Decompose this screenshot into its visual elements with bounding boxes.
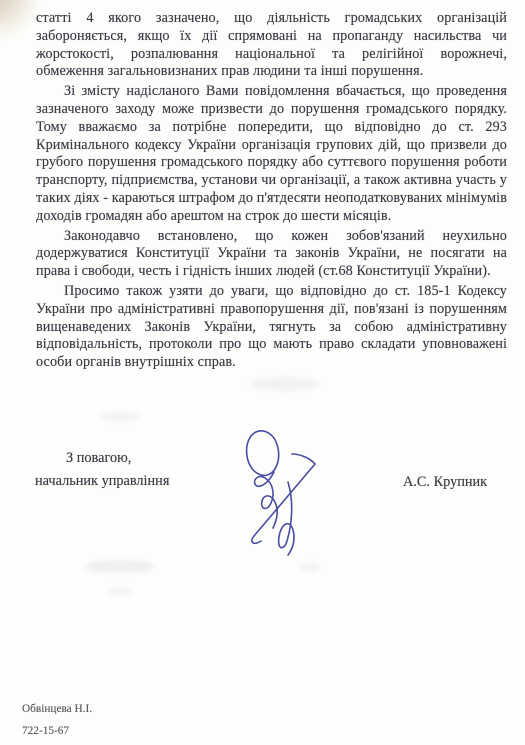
footer-contact: Обвінцева Н.І. 722-15-67 [22, 698, 92, 742]
contact-name: Обвінцева Н.І. [22, 698, 92, 720]
letter-paragraph: статті 4 якого зазначено, що діяльність … [36, 10, 507, 81]
letter-paragraph: Законодавчо встановлено, що кожен зобов'… [36, 228, 507, 281]
closing-salutation: З повагою, [66, 450, 131, 467]
handwritten-signature-icon [230, 424, 330, 564]
letter-paragraph: Просимо також узяти до уваги, що відпові… [36, 283, 507, 372]
scan-smudge [100, 412, 140, 422]
contact-phone: 722-15-67 [22, 720, 92, 742]
scan-smudge [85, 560, 155, 573]
scan-smudge [300, 563, 320, 571]
letter-paragraph: Зі змісту надісланого Вами повідомлення … [36, 83, 507, 225]
signer-name: А.С. Крупник [403, 474, 487, 491]
letter-body: статті 4 якого зазначено, що діяльність … [36, 10, 507, 374]
signer-title: начальник управління [35, 473, 169, 490]
scan-smudge [108, 587, 132, 595]
scanned-letter-page: статті 4 якого зазначено, що діяльність … [0, 0, 525, 745]
scan-smudge [250, 377, 320, 391]
